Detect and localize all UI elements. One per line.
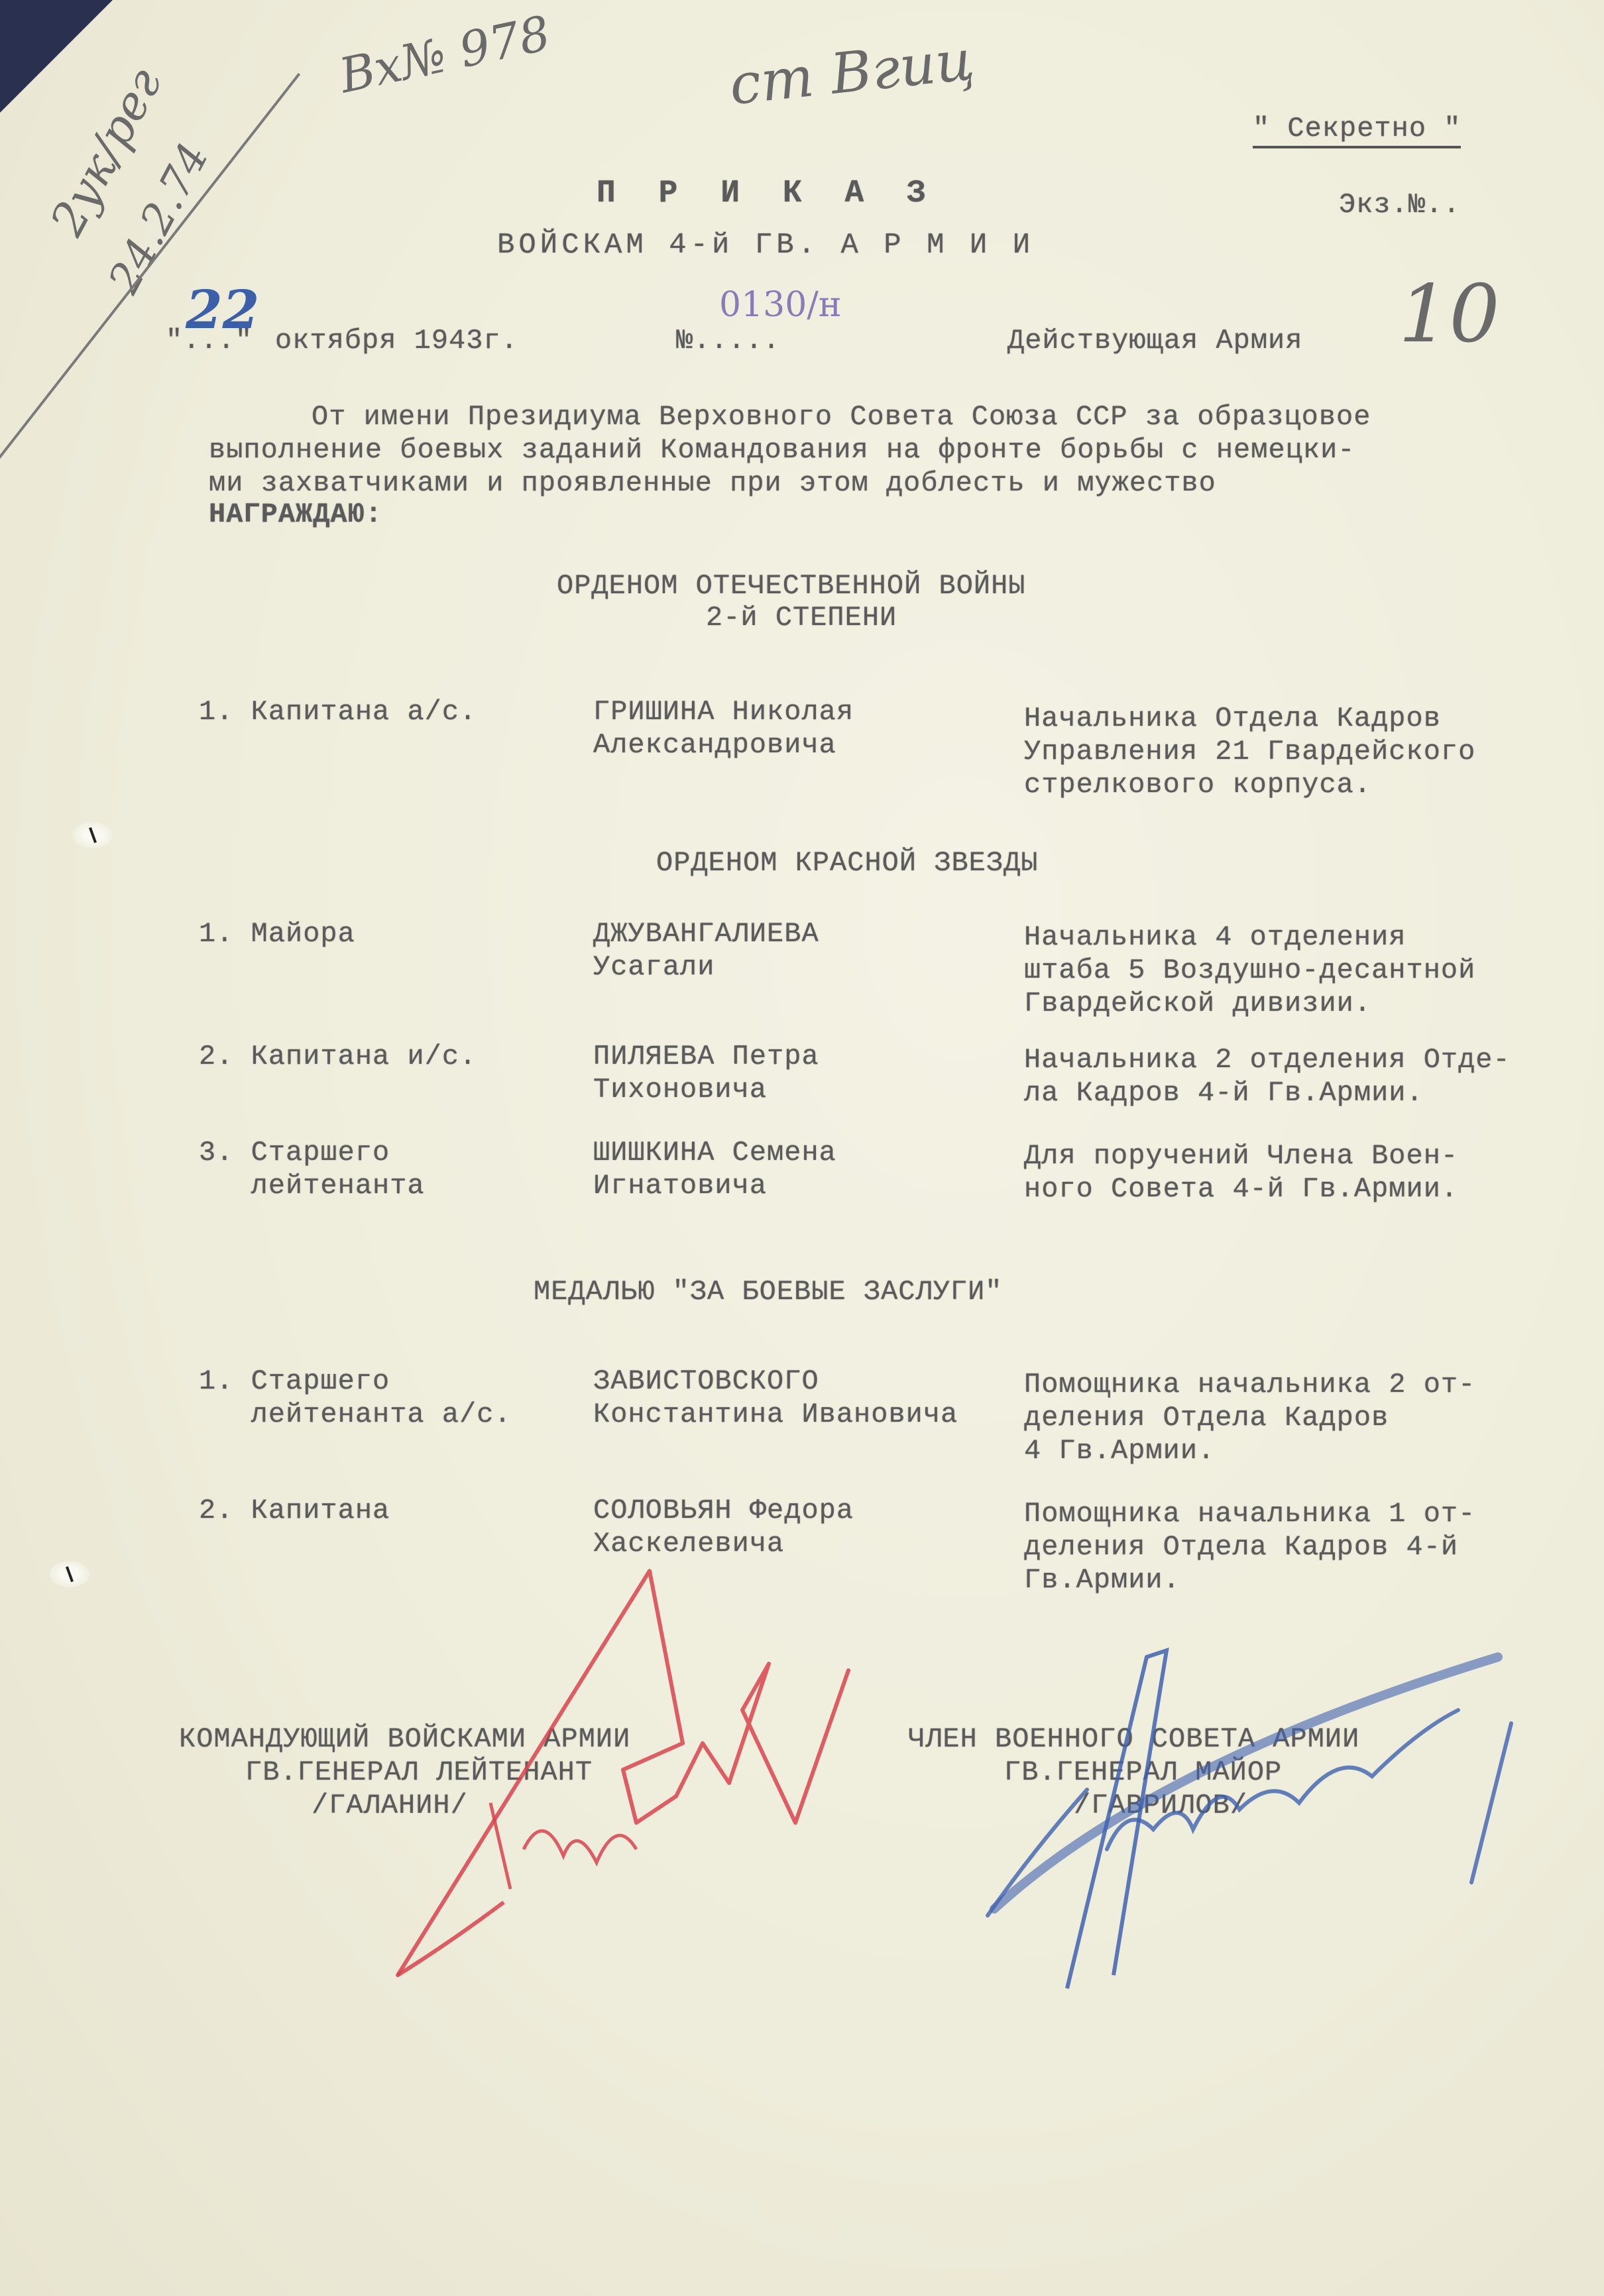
- entry-name: ПИЛЯЕВА Петра: [593, 1041, 819, 1072]
- entry-name-patronymic: Игнатовича: [593, 1170, 767, 1202]
- preamble-line-2: выполнение боевых заданий Командования н…: [209, 434, 1355, 466]
- entry-position-line: штаба 5 Воздушно-десантной: [1024, 954, 1475, 986]
- entry-position-line: Гвардейской дивизии.: [1024, 988, 1371, 1019]
- copy-number: Экз.№..: [1339, 189, 1460, 221]
- entry-rank-cont: лейтенанта а/с.: [199, 1399, 512, 1430]
- entry-position-line: стрелкового корпуса.: [1024, 769, 1371, 801]
- entry-rank: 1. Майора: [199, 918, 355, 950]
- entry-name-patronymic: Александровича: [593, 729, 836, 761]
- punch-hole-icon: [73, 822, 113, 848]
- order-number-label: №.....: [676, 325, 780, 357]
- entry-position-line: ного Совета 4-й Гв.Армии.: [1024, 1173, 1458, 1205]
- entry-name-patronymic: Усагали: [593, 951, 715, 983]
- preamble-award-verb: НАГРАЖДАЮ:: [209, 498, 382, 530]
- entry-name: СОЛОВЬЯН Федора: [593, 1495, 854, 1526]
- handwritten-date-day: 22: [186, 278, 259, 341]
- entry-name-patronymic: Тихоновича: [593, 1074, 767, 1106]
- document-subtitle: ВОЙСКАМ 4-й ГВ. А Р М И И: [497, 229, 1034, 262]
- classification-stamp: " Секретно ": [1253, 113, 1461, 148]
- entry-position-line: ла Кадров 4-й Гв.Армии.: [1024, 1077, 1424, 1109]
- location-label: Действующая Армия: [1007, 325, 1302, 357]
- entry-rank: 2. Капитана и/с.: [199, 1041, 477, 1072]
- section-title-medal-combat-merit: МЕДАЛЬЮ "ЗА БОЕВЫЕ ЗАСЛУГИ": [534, 1276, 1003, 1308]
- section-title-order-patriotic-war: ОРДЕНОМ ОТЕЧЕСТВЕННОЙ ВОЙНЫ: [557, 570, 1026, 602]
- entry-rank: 1. Старшего: [199, 1365, 390, 1397]
- section-subtitle-degree: 2-й СТЕПЕНИ: [706, 602, 897, 634]
- entry-position-line: Начальника 2 отделения Отде-: [1024, 1044, 1511, 1076]
- document-title: П Р И К А З: [597, 176, 938, 211]
- entry-position-line: Управления 21 Гвардейского: [1024, 736, 1475, 768]
- entry-position-line: Гв.Армии.: [1024, 1564, 1180, 1596]
- preamble-line-1: От имени Президиума Верховного Совета Со…: [312, 401, 1371, 433]
- entry-rank: 2. Капитана: [199, 1495, 390, 1526]
- red-signature-icon: [371, 1544, 901, 2008]
- entry-rank: 1. Капитана а/с.: [199, 696, 477, 728]
- entry-rank: 3. Старшего: [199, 1137, 390, 1169]
- entry-name: ДЖУВАНГАЛИЕВА: [593, 918, 819, 950]
- entry-name: ЗАВИСТОВСКОГО: [593, 1365, 819, 1397]
- date-month-year: октября 1943г.: [275, 325, 518, 357]
- entry-position-line: деления Отдела Кадров: [1024, 1402, 1389, 1434]
- section-title-order-red-star: ОРДЕНОМ КРАСНОЙ ЗВЕЗДЫ: [656, 847, 1039, 879]
- blue-signature-icon: [954, 1631, 1551, 2002]
- entry-position-line: Начальника Отдела Кадров: [1024, 703, 1441, 734]
- entry-position-line: Помощника начальника 1 от-: [1024, 1498, 1475, 1530]
- entry-rank-cont: лейтенанта: [199, 1170, 425, 1202]
- entry-position-line: 4 Гв.Армии.: [1024, 1435, 1215, 1467]
- entry-name-patronymic: Константина Ивановича: [593, 1399, 958, 1430]
- handwritten-order-number: 0130/н: [719, 285, 842, 325]
- preamble-line-3: ми захватчиками и проявленные при этом д…: [209, 467, 1216, 499]
- entry-position-line: Начальника 4 отделения: [1024, 921, 1406, 953]
- entry-position-line: деления Отдела Кадров 4-й: [1024, 1531, 1458, 1563]
- punch-hole-icon: [50, 1561, 89, 1587]
- entry-position-line: Для поручений Члена Воен-: [1024, 1140, 1458, 1172]
- handwritten-page-mark: 10: [1399, 268, 1500, 361]
- entry-position-line: Помощника начальника 2 от-: [1024, 1369, 1475, 1401]
- entry-name: ГРИШИНА Николая: [593, 696, 854, 728]
- entry-name: ШИШКИНА Семена: [593, 1137, 836, 1169]
